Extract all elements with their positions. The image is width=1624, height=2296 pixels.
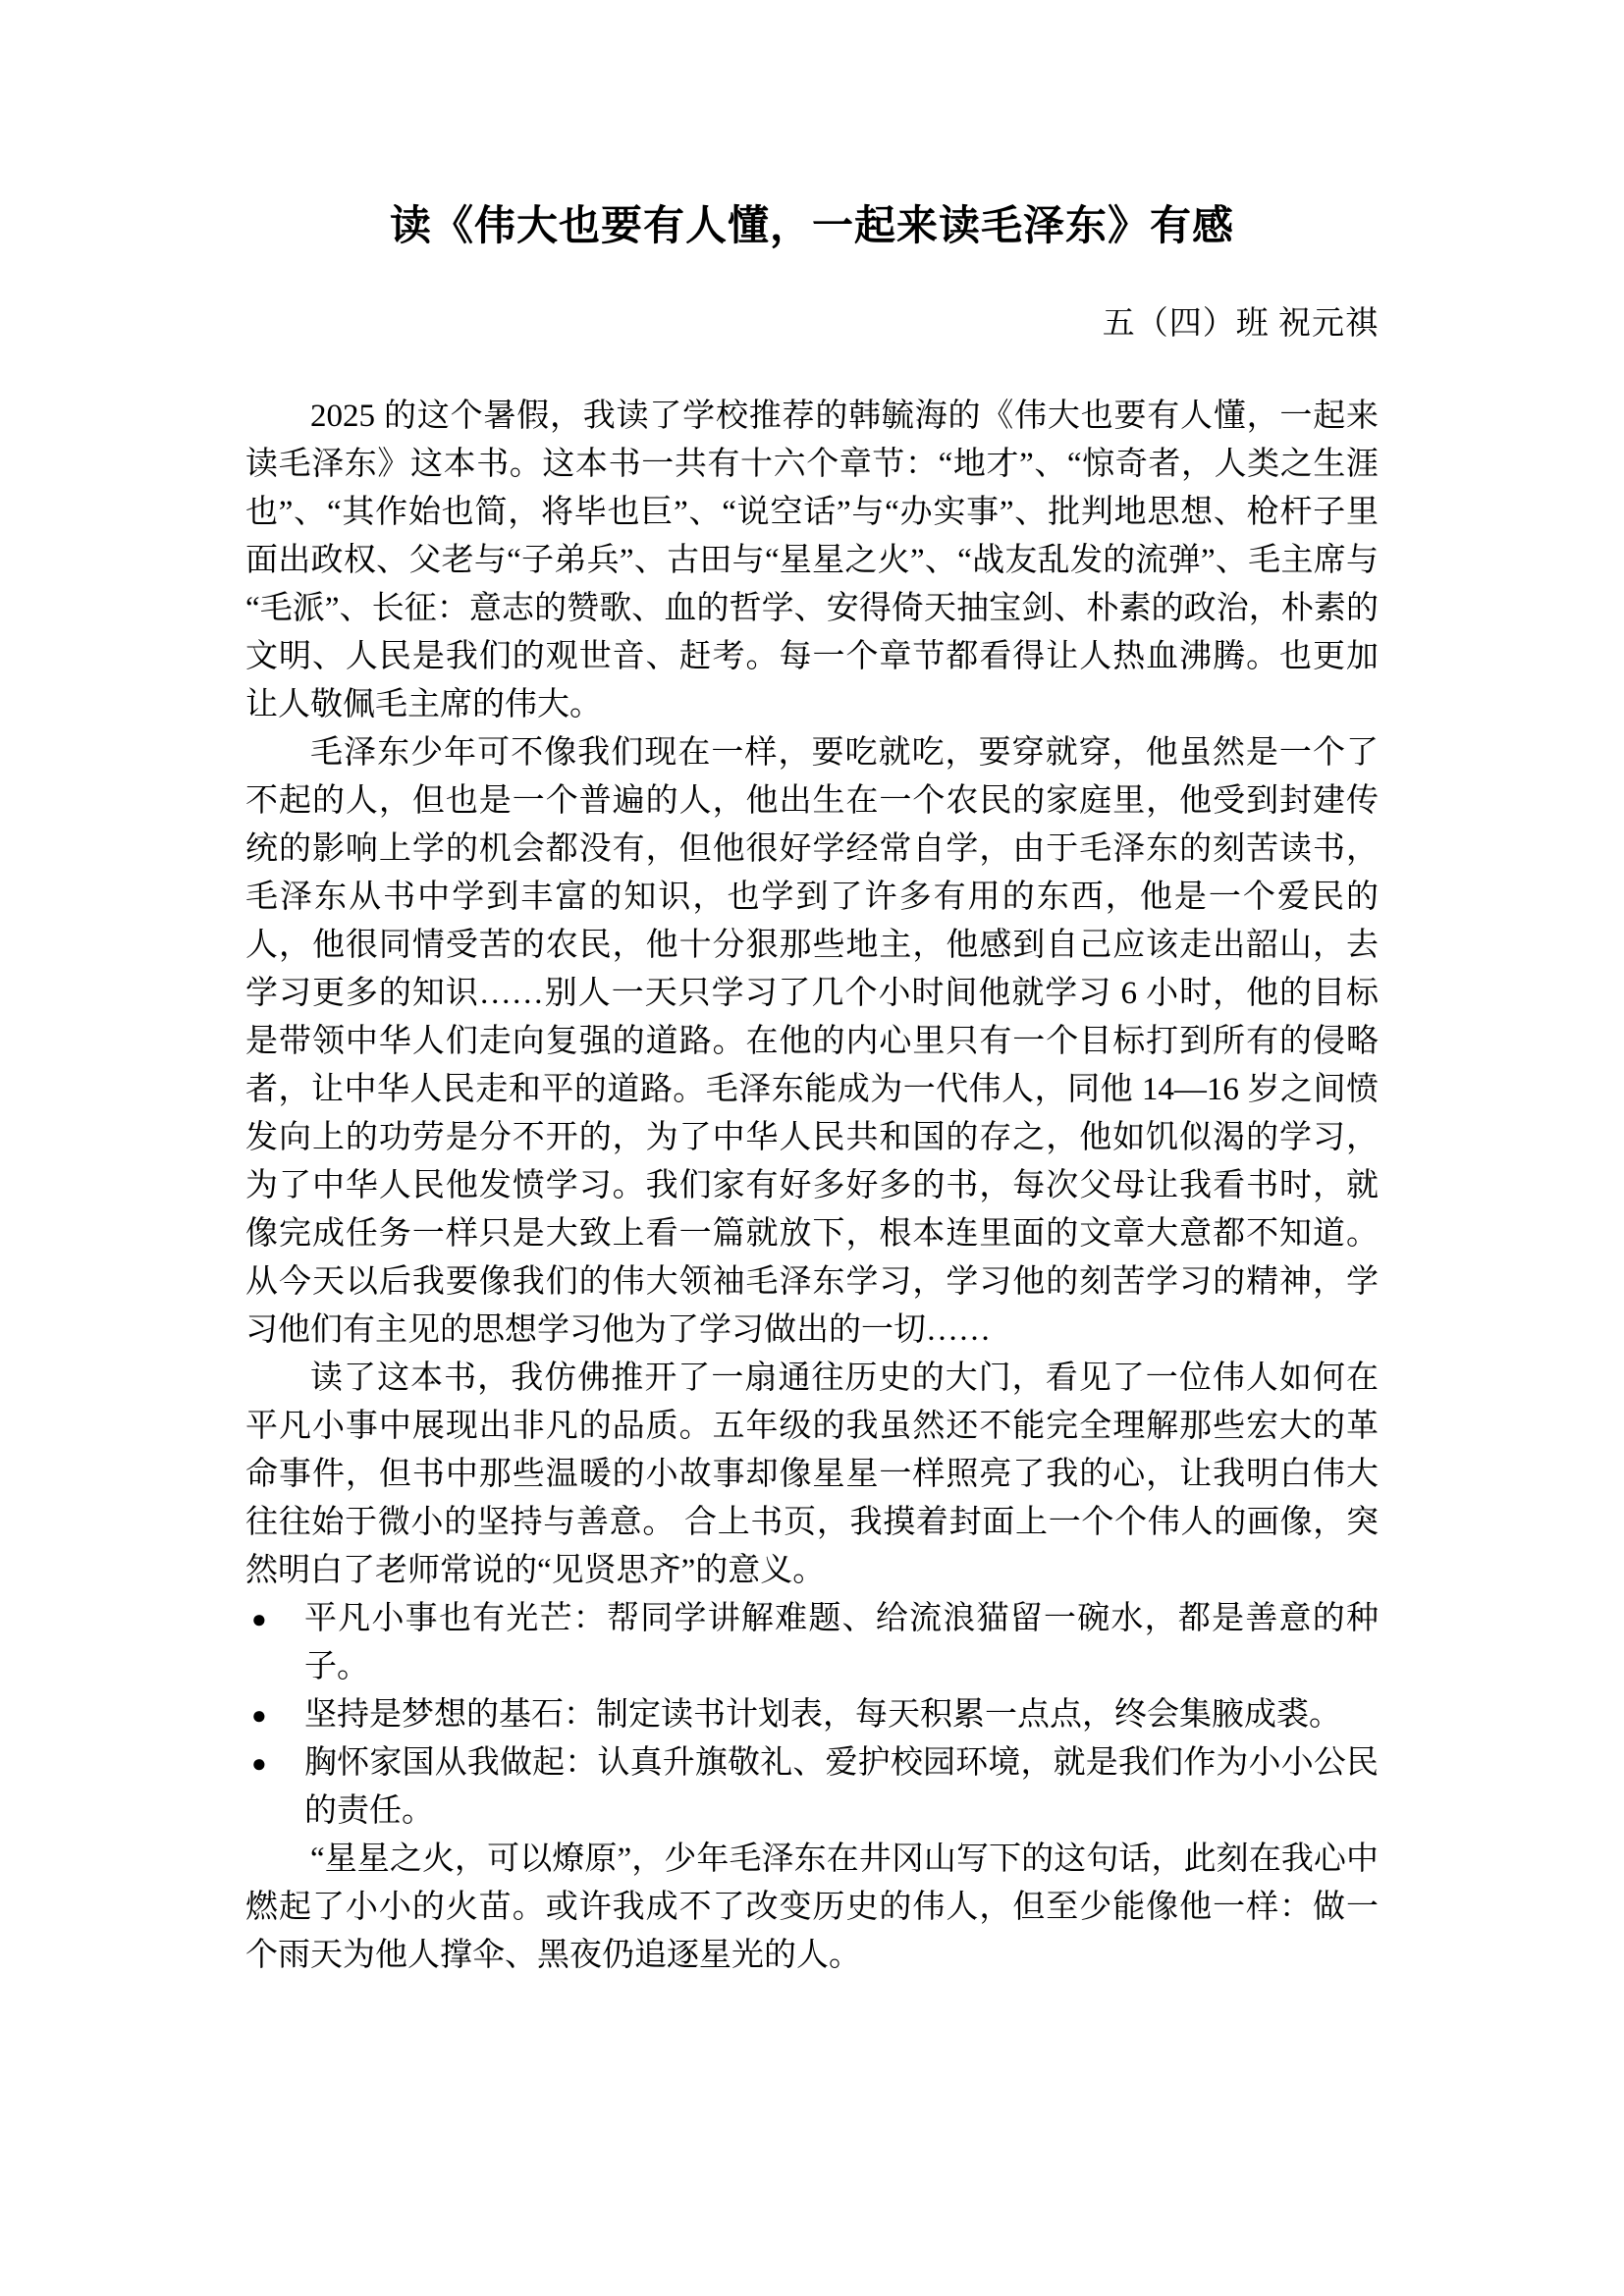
paragraph-closing: “星星之火，可以燎原”，少年毛泽东在井冈山写下的这句话，此刻在我心中燃起了小小的…	[245, 1836, 1379, 1980]
bullet-item-patriotism: ● 胸怀家国从我做起：认真升旗敬礼、爱护校园环境，就是我们作为小小公民的责任。	[245, 1739, 1379, 1836]
document-page: 读《伟大也要有人懂，一起来读毛泽东》有感 五（四）班 祝元祺 2025 的这个暑…	[0, 0, 1624, 2296]
bullet-text: 胸怀家国从我做起：认真升旗敬礼、爱护校园环境，就是我们作为小小公民的责任。	[304, 1745, 1379, 1829]
bullet-item-small-deeds: ● 平凡小事也有光芒：帮同学讲解难题、给流浪猫留一碗水，都是善意的种子。	[245, 1595, 1379, 1691]
paragraph-intro: 2025 的这个暑假，我读了学校推荐的韩毓海的《伟大也要有人懂，一起来读毛泽东》…	[245, 393, 1379, 729]
paragraph-mao-youth: 毛泽东少年可不像我们现在一样，要吃就吃，要穿就穿，他虽然是一个了不起的人，但也是…	[245, 729, 1379, 1355]
bullet-text: 坚持是梦想的基石：制定读书计划表，每天积累一点点，终会集腋成裘。	[304, 1697, 1341, 1733]
essay-body: 2025 的这个暑假，我读了学校推荐的韩毓海的《伟大也要有人懂，一起来读毛泽东》…	[245, 393, 1379, 1980]
document-content: 读《伟大也要有人懂，一起来读毛泽东》有感 五（四）班 祝元祺 2025 的这个暑…	[245, 0, 1379, 1980]
essay-title: 读《伟大也要有人懂，一起来读毛泽东》有感	[245, 0, 1379, 250]
essay-byline: 五（四）班 祝元祺	[245, 304, 1379, 344]
paragraph-reflection: 读了这本书，我仿佛推开了一扇通往历史的大门，看见了一位伟人如何在平凡小事中展现出…	[245, 1355, 1379, 1595]
bullet-item-persistence: ● 坚持是梦想的基石：制定读书计划表，每天积累一点点，终会集腋成裘。	[245, 1691, 1379, 1739]
bullet-icon: ●	[251, 1739, 267, 1788]
bullet-text: 平凡小事也有光芒：帮同学讲解难题、给流浪猫留一碗水，都是善意的种子。	[304, 1601, 1379, 1684]
bullet-icon: ●	[251, 1691, 267, 1739]
bullet-icon: ●	[251, 1595, 267, 1643]
